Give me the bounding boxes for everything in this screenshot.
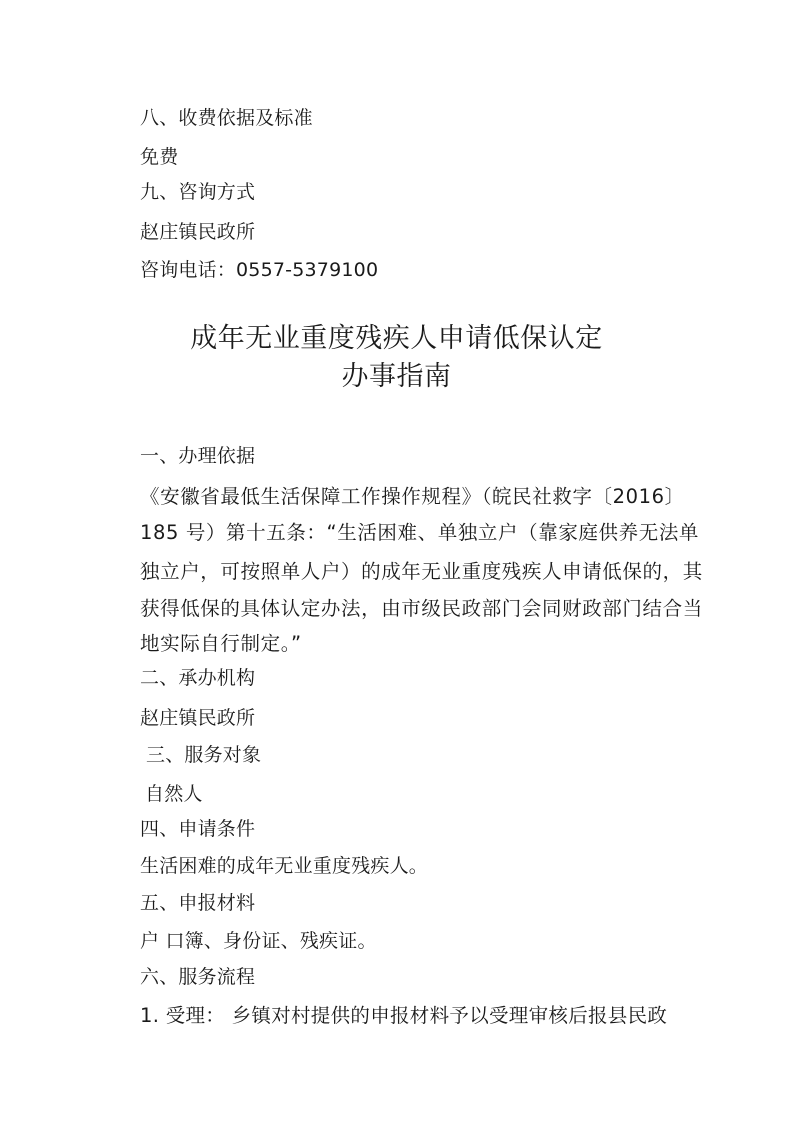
basis-paragraph-line1: 《安徽省最低生活保障工作操作规程》（皖民社救字〔2016〕 bbox=[140, 485, 685, 509]
section-heading-materials: 五、申报材料 bbox=[140, 891, 255, 915]
guide-title-line1: 成年无业重度残疾人申请低保认定 bbox=[0, 322, 793, 356]
materials-value: 户 口簿、身份证、残疾证。 bbox=[140, 929, 377, 953]
section-heading-service-target: 三、服务对象 bbox=[146, 743, 261, 767]
basis-paragraph-line3: 独立户，可按照单人户）的成年无业重度残疾人申请低保的，其 bbox=[140, 560, 703, 584]
section-heading-basis: 一、办理依据 bbox=[140, 444, 255, 468]
basis-paragraph-line4: 获得低保的具体认定办法，由市级民政部门会同财政部门结合当 bbox=[140, 597, 703, 621]
section-heading-agency: 二、承办机构 bbox=[140, 666, 255, 690]
consultation-office: 赵庄镇民政所 bbox=[140, 220, 255, 244]
conditions-value: 生活困难的成年无业重度残疾人。 bbox=[140, 854, 428, 878]
section-heading-fee-basis: 八、收费依据及标准 bbox=[140, 106, 313, 130]
consultation-phone: 咨询电话：0557-5379100 bbox=[140, 258, 378, 282]
section-heading-consultation: 九、咨询方式 bbox=[140, 180, 255, 204]
fee-value: 免费 bbox=[140, 145, 178, 169]
basis-paragraph-line5: 地实际自行制定。” bbox=[140, 632, 302, 656]
document-page: 八、收费依据及标准 免费 九、咨询方式 赵庄镇民政所 咨询电话：0557-537… bbox=[0, 0, 793, 1122]
process-step-1: 1. 受理： 乡镇对村提供的申报材料予以受理审核后报县民政 bbox=[140, 1004, 667, 1028]
guide-title-line2: 办事指南 bbox=[0, 360, 793, 394]
basis-paragraph-line2: 185 号）第十五条：“生活困难、单独立户（靠家庭供养无法单 bbox=[140, 521, 699, 545]
service-target-value: 自然人 bbox=[145, 782, 203, 806]
section-heading-process: 六、服务流程 bbox=[140, 965, 255, 989]
section-heading-conditions: 四、申请条件 bbox=[140, 817, 255, 841]
agency-value: 赵庄镇民政所 bbox=[140, 706, 255, 730]
